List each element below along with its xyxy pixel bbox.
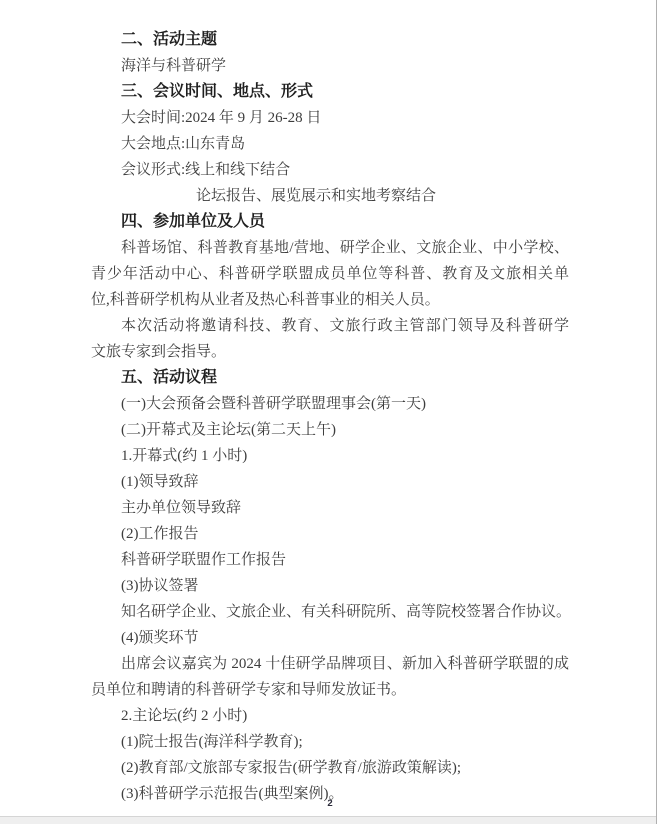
document-body: 二、活动主题海洋与科普研学三、会议时间、地点、形式大会时间:2024 年 9 月… (91, 27, 569, 807)
text-line: (二)开幕式及主论坛(第二天上午) (91, 417, 569, 443)
section-heading: 五、活动议程 (91, 365, 569, 391)
text-line: (1)院士报告(海洋科学教育); (91, 729, 569, 755)
text-line: (一)大会预备会暨科普研学联盟理事会(第一天) (91, 391, 569, 417)
text-line: 科普场馆、科普教育基地/营地、研学企业、文旅企业、中小学校、 (91, 235, 569, 261)
text-line: 员单位和聘请的科普研学专家和导师发放证书。 (91, 677, 569, 703)
text-line: 本次活动将邀请科技、教育、文旅行政主管部门领导及科普研学 (91, 313, 569, 339)
text-line: 位,科普研学机构从业者及热心科普事业的相关人员。 (91, 287, 569, 313)
text-line: 文旅专家到会指导。 (91, 339, 569, 365)
text-line: 知名研学企业、文旅企业、有关科研院所、高等院校签署合作协议。 (91, 599, 569, 625)
text-line: 大会地点:山东青岛 (91, 131, 569, 157)
text-line: 海洋与科普研学 (91, 53, 569, 79)
section-heading: 三、会议时间、地点、形式 (91, 79, 569, 105)
section-heading: 二、活动主题 (91, 27, 569, 53)
text-line: (3)协议签署 (91, 573, 569, 599)
text-line: 出席会议嘉宾为 2024 十佳研学品牌项目、新加入科普研学联盟的成 (91, 651, 569, 677)
section-heading: 四、参加单位及人员 (91, 209, 569, 235)
document-page: 二、活动主题海洋与科普研学三、会议时间、地点、形式大会时间:2024 年 9 月… (0, 0, 660, 824)
text-line: 科普研学联盟作工作报告 (91, 547, 569, 573)
text-line: (2)工作报告 (91, 521, 569, 547)
text-line: 大会时间:2024 年 9 月 26-28 日 (91, 105, 569, 131)
text-line: (1)领导致辞 (91, 469, 569, 495)
page-gap-strip (0, 816, 656, 824)
text-line: 主办单位领导致辞 (91, 495, 569, 521)
page-number: 2 (91, 798, 569, 809)
page-edge-line (656, 0, 657, 824)
text-line: 会议形式:线上和线下结合 (91, 157, 569, 183)
text-line: 1.开幕式(约 1 小时) (91, 443, 569, 469)
text-line: 青少年活动中心、科普研学联盟成员单位等科普、教育及文旅相关单 (91, 261, 569, 287)
text-line: (4)颁奖环节 (91, 625, 569, 651)
text-line: (2)教育部/文旅部专家报告(研学教育/旅游政策解读); (91, 755, 569, 781)
text-line: 论坛报告、展览展示和实地考察结合 (91, 183, 569, 209)
text-line: 2.主论坛(约 2 小时) (91, 703, 569, 729)
